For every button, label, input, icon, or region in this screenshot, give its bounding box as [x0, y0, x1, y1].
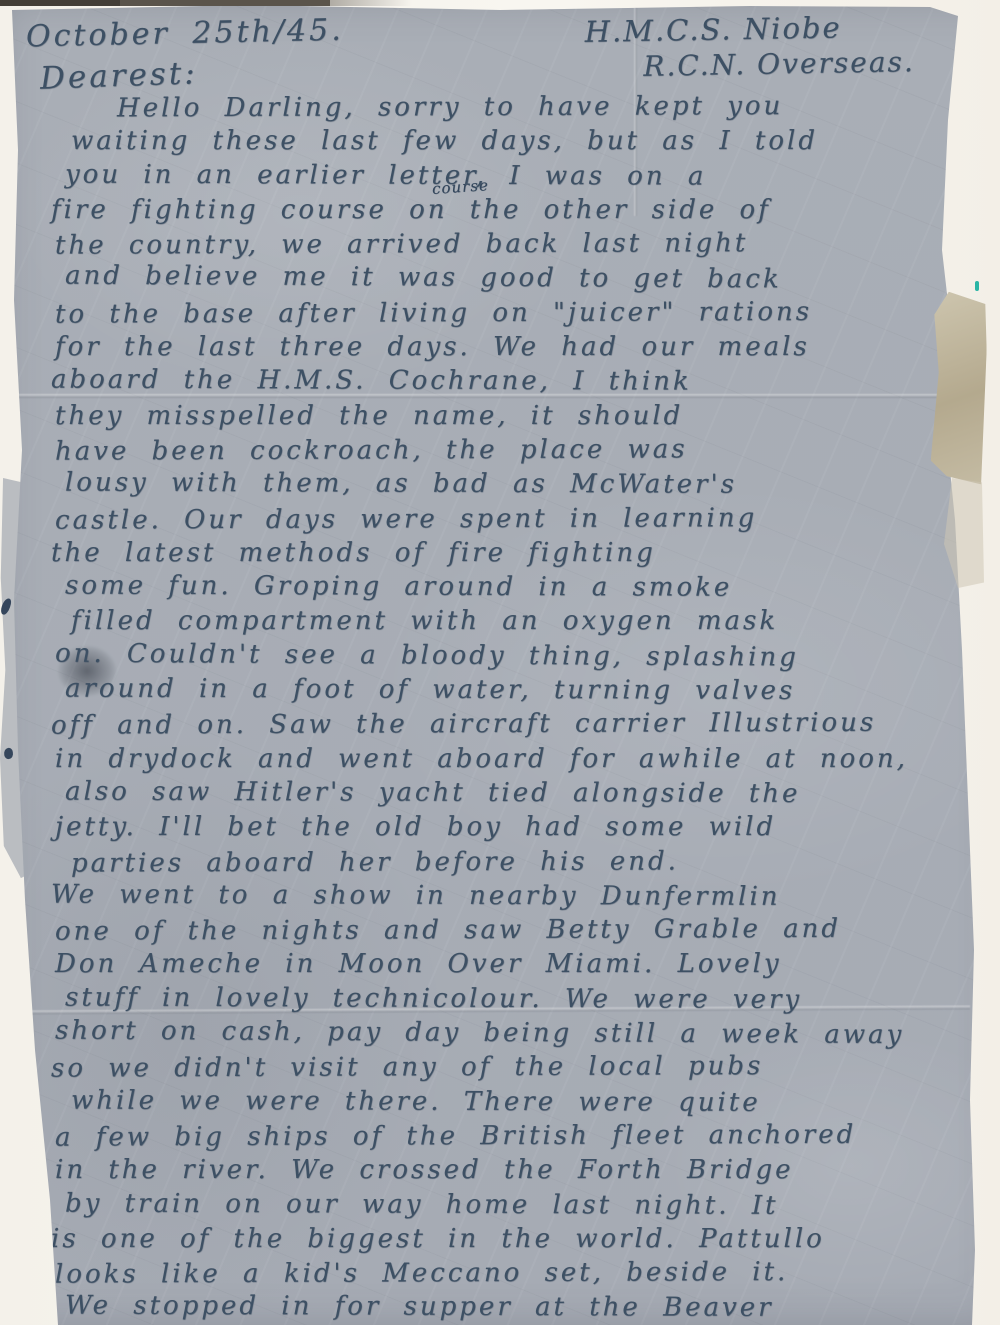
ship-name: H.M.C.S. Niobe [584, 9, 914, 49]
handwritten-line: We went to a show in nearby Dunfermlin [51, 877, 965, 914]
letter-paper: October 25th/45. H.M.C.S. Niobe R.C.N. O… [0, 0, 1000, 1325]
handwritten-line: and believe me it was good to get back [65, 259, 965, 298]
handwritten-line: Hello Darling, sorry to have kept you [55, 88, 965, 125]
handwritten-line: looks like a kid's Meccano set, beside i… [55, 1255, 965, 1292]
handwritten-line: in drydock and went aboard for awhile at… [55, 742, 965, 776]
handwritten-line: for the last three days. We had our meal… [55, 330, 965, 364]
handwritten-line: while we were there. There were quite [71, 1083, 965, 1120]
handwritten-line: one of the nights and saw Betty Grable a… [55, 912, 965, 949]
handwritten-line: so we didn't visit any of the local pubs [51, 1049, 965, 1086]
handwritten-line: castle. Our days were spent in learning [55, 500, 965, 537]
handwritten-line: also saw Hitler's yacht tied alongside t… [65, 775, 965, 812]
handwritten-line: lousy with them, as bad as McWater's [65, 466, 965, 503]
handwritten-line: fire fighting course on the other side o… [51, 193, 965, 227]
handwritten-line: by train on our way home last night. It [65, 1186, 965, 1223]
handwritten-line: is one of the biggest in the world. Patt… [51, 1222, 965, 1256]
handwritten-line: waiting these last few days, but as I to… [71, 124, 965, 158]
handwritten-line: some fun. Groping around in a smoke [65, 569, 965, 606]
handwritten-line: parties aboard her before his end. [71, 843, 965, 880]
handwritten-line: they misspelled the name, it should [55, 399, 965, 433]
handwritten-line: jetty. I'll bet the old boy had some wil… [55, 810, 965, 844]
handwritten-line: on. Couldn't see a bloody thing, splashi… [55, 636, 965, 675]
scan-edge-shadow [0, 0, 412, 6]
handwritten-line: to the base after living on "juicer" rat… [55, 294, 965, 331]
handwritten-line: We stopped in for supper at the Beaver [65, 1289, 965, 1325]
letterhead: H.M.C.S. Niobe R.C.N. Overseas. [584, 9, 915, 84]
handwritten-line: around in a foot of water, turning valve… [65, 672, 965, 709]
teal-scanner-mark [975, 281, 979, 291]
handwritten-line: you in an earlier letter, I was on a [65, 157, 965, 194]
handwritten-line: aboard the H.M.S. Cochrane, I think [51, 363, 965, 400]
handwritten-line: stuff in lovely technicolour. We were ve… [65, 980, 965, 1017]
handwritten-line: Don Ameche in Moon Over Miami. Lovely [55, 947, 965, 981]
handwritten-line: filled compartment with an oxygen mask [71, 604, 965, 638]
letter-date: October 25th/45. [26, 13, 344, 55]
handwritten-line: off and on. Saw the aircraft carrier Ill… [51, 706, 965, 743]
handwritten-line: short on cash, pay day being still a wee… [55, 1014, 965, 1053]
handwritten-line: a few big ships of the British fleet anc… [55, 1117, 965, 1154]
handwritten-line: have been cockroach, the place was [55, 431, 965, 468]
tape-fragment [930, 292, 987, 485]
handwritten-line: the latest methods of fire fighting [51, 536, 965, 570]
letter-body: Hello Darling, sorry to have kept youwai… [55, 90, 965, 1325]
unit-name: R.C.N. Overseas. [643, 45, 915, 83]
handwritten-line: in the river. We crossed the Forth Bridg… [55, 1153, 965, 1187]
handwritten-line: the country, we arrived back last night [55, 226, 965, 263]
